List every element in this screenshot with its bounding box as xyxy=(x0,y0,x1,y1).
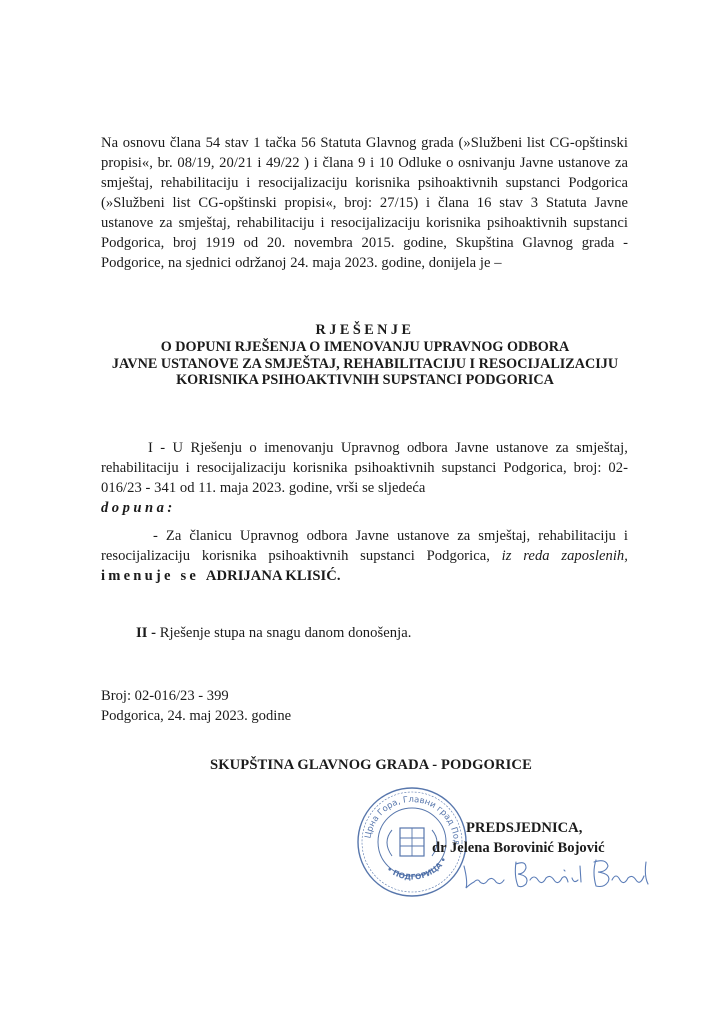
reference-number: Broj: 02-016/23 - 399 xyxy=(101,686,291,706)
section-1-emphasis: dopuna: xyxy=(101,500,176,516)
amendment-italic: iz reda zaposlenih, xyxy=(502,548,628,564)
amendment-paragraph: - Za članicu Upravnog odbora Javne ustan… xyxy=(101,526,628,586)
appointee-name: ADRIJANA KLISIĆ. xyxy=(206,568,341,584)
svg-text:• ПОДГОРИЦА •: • ПОДГОРИЦА • xyxy=(385,855,449,881)
title-line-3: KORISNIKA PSIHOAKTIVNIH SUPSTANCI PODGOR… xyxy=(100,372,630,389)
section-1-paragraph: I - U Rješenju o imenovanju Upravnog odb… xyxy=(101,438,628,518)
handwritten-signature-icon xyxy=(460,852,670,897)
place-date: Podgorica, 24. maj 2023. godine xyxy=(101,706,291,726)
section-2-numeral: II - xyxy=(136,625,156,641)
section-1-text: I - U Rješenju o imenovanju Upravnog odb… xyxy=(101,440,628,496)
reference-block: Broj: 02-016/23 - 399 Podgorica, 24. maj… xyxy=(101,686,291,726)
title-main: RJEŠENJE xyxy=(100,322,630,339)
amendment-spaced: imenuje se xyxy=(101,568,206,584)
title-line-2: JAVNE USTANOVE ZA SMJEŠTAJ, REHABILITACI… xyxy=(100,356,630,373)
preamble-paragraph: Na osnovu člana 54 stav 1 tačka 56 Statu… xyxy=(101,133,628,273)
title-line-1: O DOPUNI RJEŠENJA O IMENOVANJU UPRAVNOG … xyxy=(100,339,630,356)
document-page: Na osnovu člana 54 stav 1 tačka 56 Statu… xyxy=(0,0,724,1024)
section-2-text: Rješenje stupa na snagu danom donošenja. xyxy=(156,625,411,641)
decision-title: RJEŠENJE O DOPUNI RJEŠENJA O IMENOVANJU … xyxy=(100,322,630,389)
assembly-name: SKUPŠTINA GLAVNOG GRADA - PODGORICE xyxy=(210,757,532,774)
section-2-paragraph: II - Rješenje stupa na snagu danom donoš… xyxy=(136,623,596,643)
signatory-role: PREDSJEDNICA, xyxy=(432,818,605,838)
